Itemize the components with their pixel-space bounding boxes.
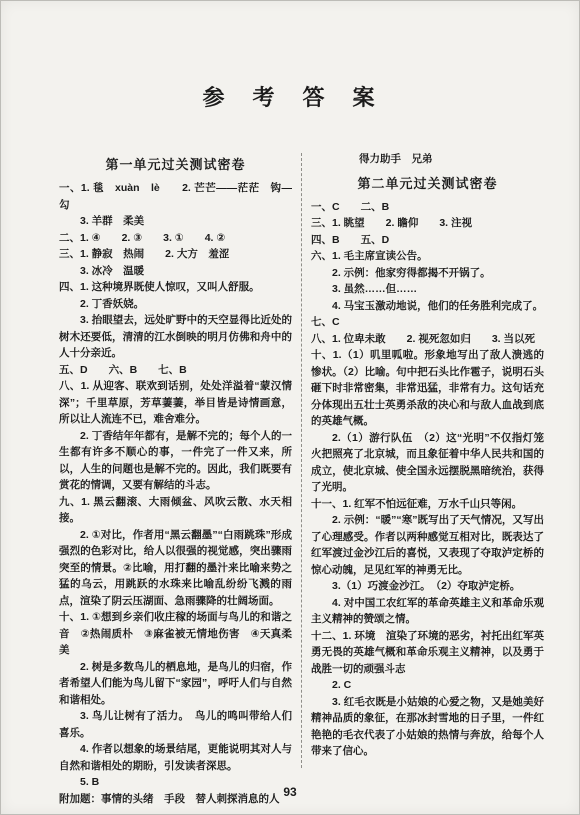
unit1-section-title: 第一单元过关测试密卷 [59,154,292,173]
page-title: 参 考 答 案 [1,81,579,112]
answer-line: 二、1. ④ 2. ③ 3. ① 4. ② [59,230,292,247]
answer-line: 2. 树是多数鸟儿的栖息地，是鸟儿的归宿，作者希望人们能为鸟儿留下“家园”，呼吁… [59,659,292,709]
answer-line: 2. 丁香妖娆。 [59,296,292,313]
answer-line: 十一、1. 红军不怕远征难，万水千山只等闲。 [311,496,544,513]
content-area: 第一单元过关测试密卷 一、1. 毯 xuàn lè 2. 芒芒——茫茫 钩—勾3… [59,151,529,768]
answer-line: 4. 对中国工农红军的革命英雄主义和革命乐观主义精神的赞颂之情。 [311,595,544,628]
answer-line: 3. 鸟儿让树有了活力。 鸟儿的鸣叫带给人们喜乐。 [59,708,292,741]
answer-line: 四、B 五、D [311,232,544,249]
carryover-answer-line: 得力助手 兄弟 [311,151,544,168]
answer-line: 八、1. 位卑未敢 2. 视死忽如归 3. 当以死 [311,331,544,348]
answer-line: 3. 虽然……但…… [311,281,544,298]
left-column: 第一单元过关测试密卷 一、1. 毯 xuàn lè 2. 芒芒——茫茫 钩—勾3… [59,151,292,768]
right-column: 得力助手 兄弟 第二单元过关测试密卷 一、C 二、B三、1. 眺望 2. 瞻仰 … [311,151,544,768]
answer-line: 五、D 六、B 七、B [59,362,292,379]
answer-line: 2. 丁香结年年都有，是解不完的；每个人的一生都有许多不顺心的事，一件完了一件又… [59,428,292,494]
unit2-answer-lines: 一、C 二、B三、1. 眺望 2. 瞻仰 3. 注视四、B 五、D六、1. 毛主… [311,199,544,760]
answer-line: 2. C [311,677,544,694]
answer-line: 4. 作者以想象的场景结尾，更能说明其对人与自然和谐相处的期盼，引发读者深思。 [59,741,292,774]
page-number: 93 [1,785,579,799]
column-divider [301,153,302,768]
answer-line: 十、1.（1）叽里呱啦。形象地写出了敌人溃逃的惨状。（2）比喻。句中把石头比作雹… [311,347,544,430]
answer-line: 三、1. 眺望 2. 瞻仰 3. 注视 [311,215,544,232]
answer-line: 3. 羊群 柔美 [59,213,292,230]
answer-line: 八、1. 从迎客、联欢到话别，处处洋溢着“蒙汉情深”；千里草原，芳草萋萋，举目皆… [59,378,292,428]
unit1-answer-lines: 一、1. 毯 xuàn lè 2. 芒芒——茫茫 钩—勾3. 羊群 柔美二、1.… [59,180,292,807]
answer-line: 一、1. 毯 xuàn lè 2. 芒芒——茫茫 钩—勾 [59,180,292,213]
answer-line: 一、C 二、B [311,199,544,216]
answer-line: 3. 冰冷 温暖 [59,263,292,280]
answer-line: 十、1. ①想到乡亲们收庄稼的场面与鸟儿的和谐之音 ②热闹质朴 ③麻雀被无情地伤… [59,609,292,659]
answer-line: 三、1. 静寂 热闹 2. 大方 羞涩 [59,246,292,263]
answer-line: 2. 示例：他家穷得都揭不开锅了。 [311,265,544,282]
answer-line: 四、1. 这种境界既使人惊叹，又叫人舒服。 [59,279,292,296]
answer-line: 九、1. 黑云翻滚、大雨倾盆、风吹云散、水天相接。 [59,494,292,527]
answer-line: 3.（1）巧渡金沙江。 （2）夺取泸定桥。 [311,578,544,595]
answer-line: 3. 抬眼望去，远处旷野中的天空显得比近处的树木还要低，清清的江水倒映的明月仿佛… [59,312,292,362]
answer-key-page: 参 考 答 案 第一单元过关测试密卷 一、1. 毯 xuàn lè 2. 芒芒—… [0,0,580,815]
answer-line: 十二、1. 环境 渲染了环境的恶劣，衬托出红军英勇无畏的英雄气概和革命乐观主义精… [311,628,544,678]
answer-line: 2. 示例：“暖”“寒”既写出了天气情况，又写出了心理感受。作者以两种感觉互相对… [311,512,544,578]
answer-line: 七、C [311,314,544,331]
answer-line: 3. 红毛衣既是小姑娘的心爱之物，又是她美好精神品质的象征，在那冰封雪地的日子里… [311,694,544,760]
answer-line: 2. ①对比，作者用“黑云翻墨”“白雨跳珠”形成强烈的色彩对比，给人以很强的视觉… [59,527,292,610]
answer-line: 六、1. 毛主席宣读公告。 [311,248,544,265]
answer-line: 2.（1）游行队伍 （2）这“光明”不仅指灯笼火把照亮了北京城，而且象征着中华人… [311,430,544,496]
answer-line: 4. 马宝玉激动地说，他们的任务胜利完成了。 [311,298,544,315]
unit2-section-title: 第二单元过关测试密卷 [311,173,544,192]
